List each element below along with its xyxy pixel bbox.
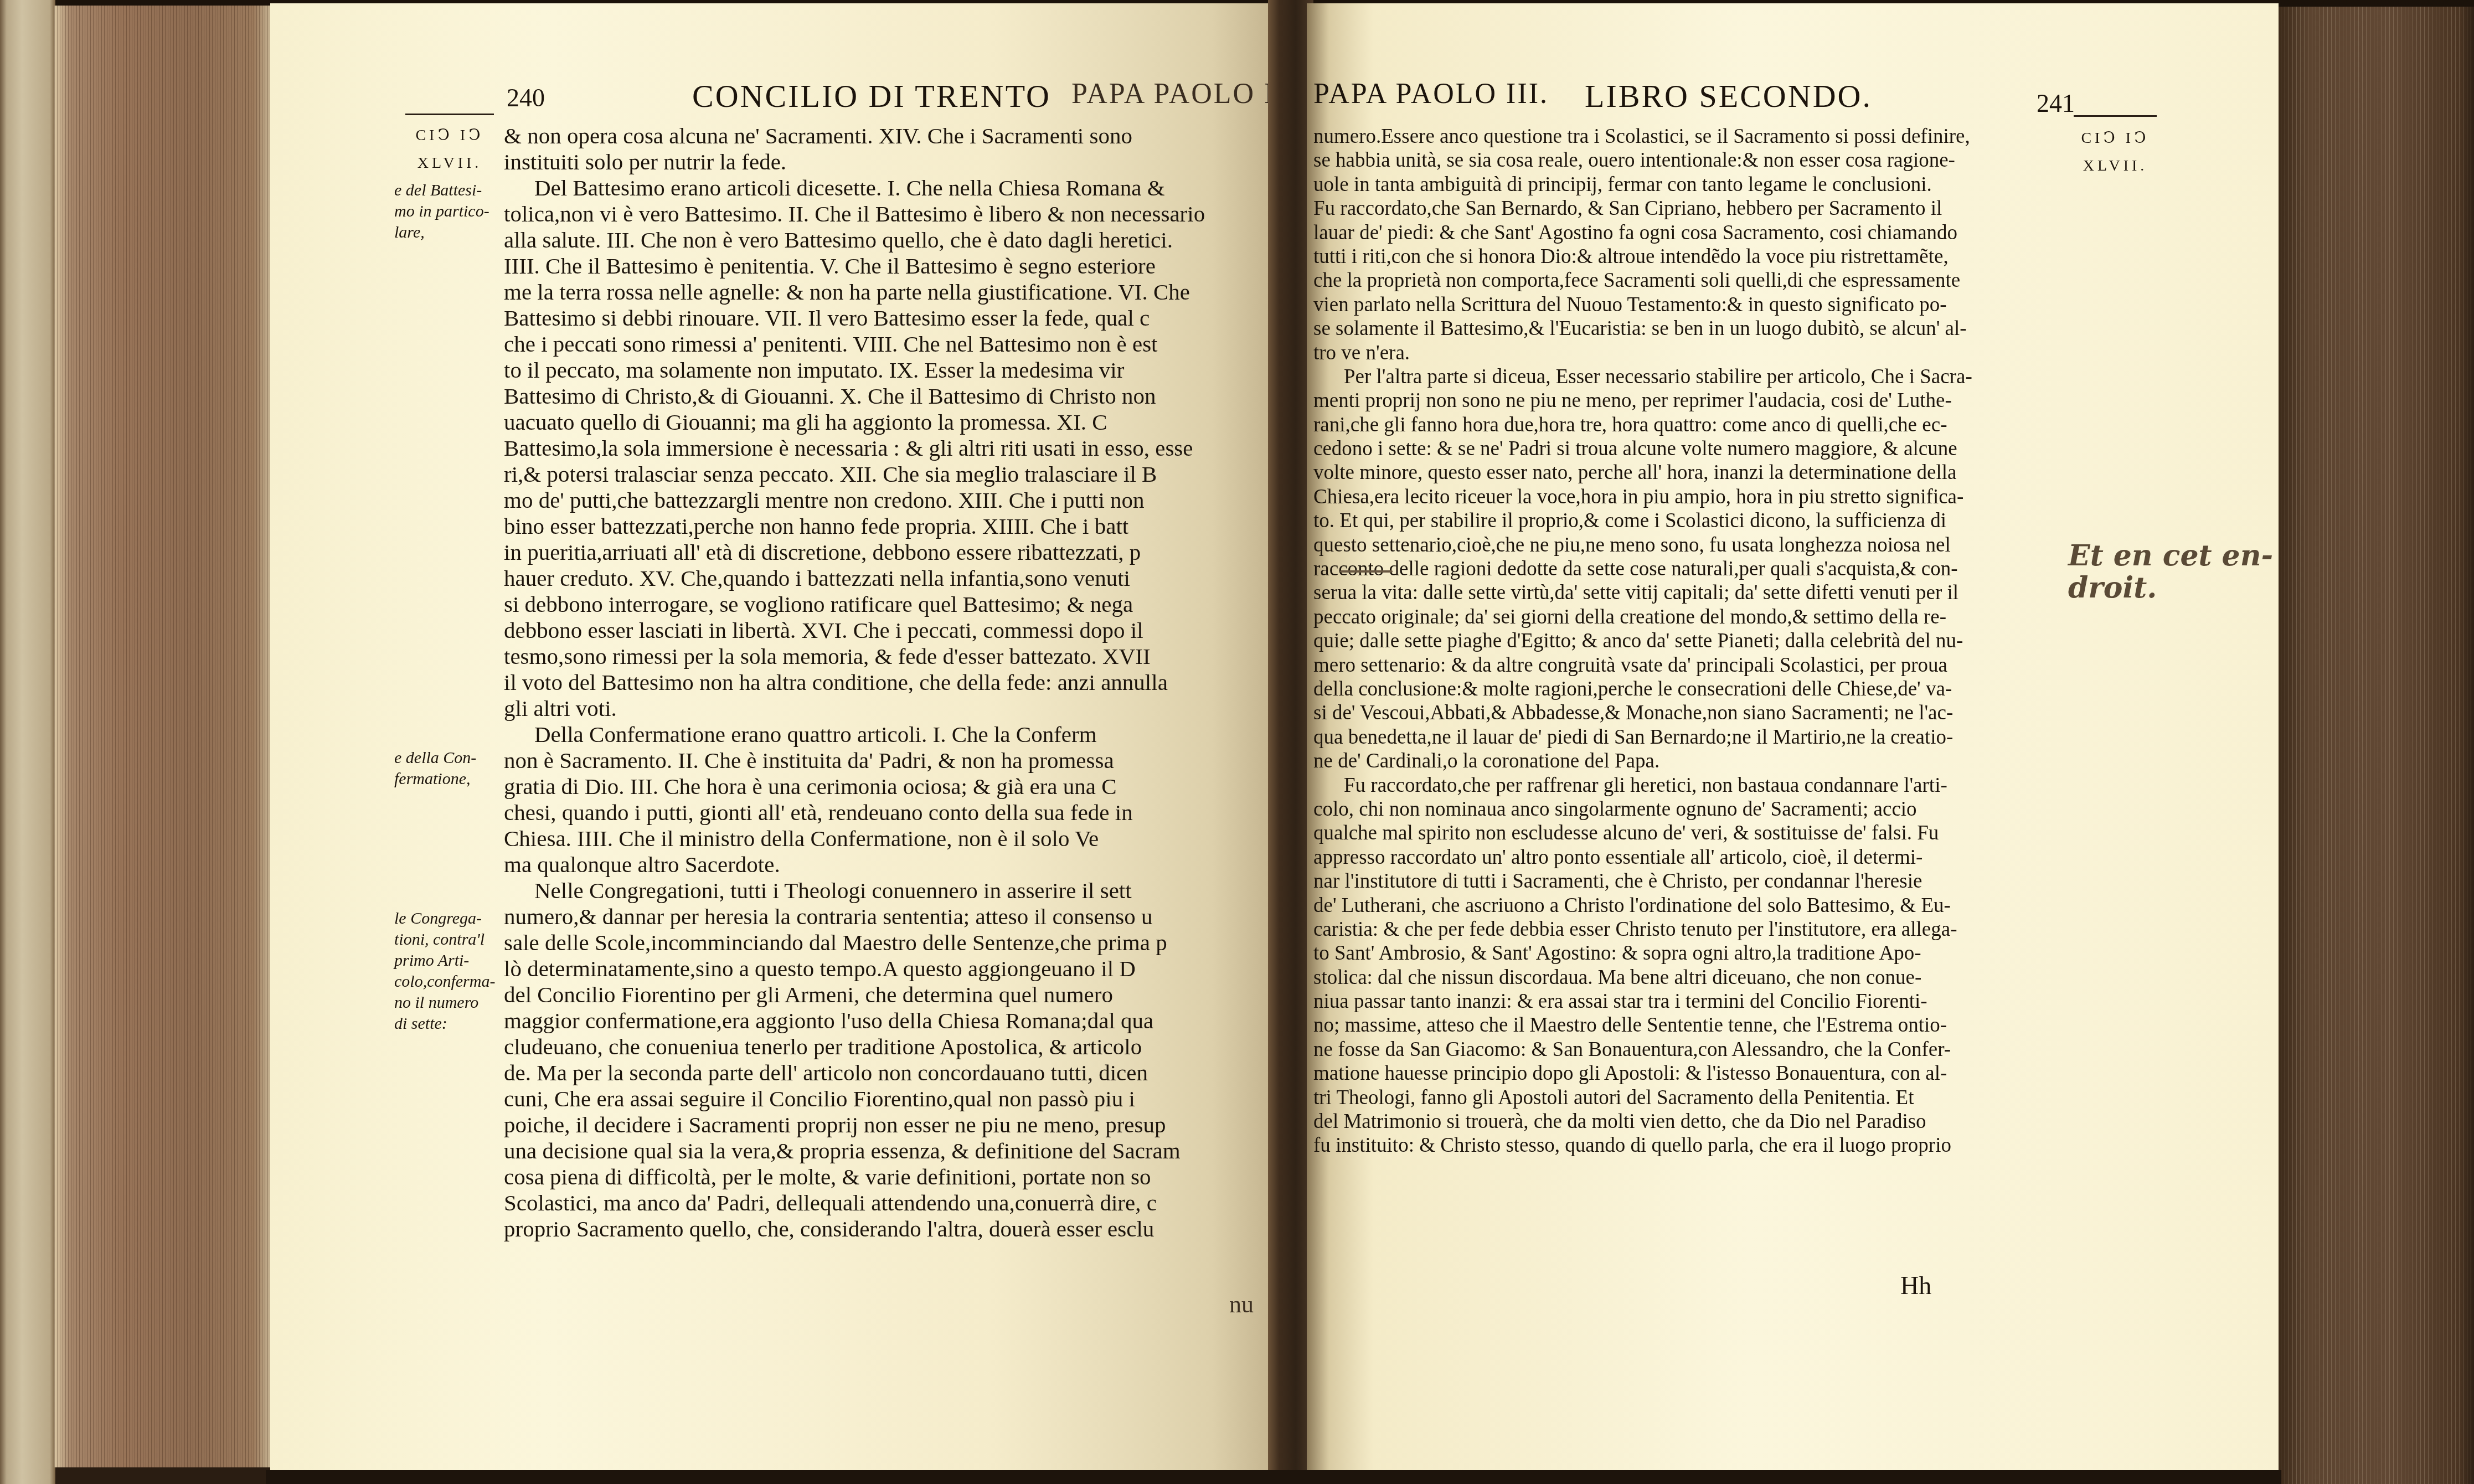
text-line: Fu raccordato,che San Bernardo, & San Ci…: [1313, 197, 2058, 220]
text-line: tutti i riti,con che si honora Dio:& alt…: [1313, 245, 2058, 269]
text-line: & non opera cosa alcuna ne' Sacramenti. …: [504, 123, 1271, 149]
text-line: mo de' putti,che battezzargli mentre non…: [504, 487, 1271, 513]
margin-note-line: fermatione,: [394, 769, 476, 790]
text-line: mero settenario: & da altre congruità vs…: [1313, 653, 2058, 677]
text-line: ne fosse da San Giacomo: & San Bonauentu…: [1313, 1038, 2058, 1062]
handwritten-marginal-note: Et en cet en- droit.: [2068, 540, 2273, 604]
margin-note-line: e del Battesi-: [394, 180, 489, 201]
text-line: peccato originale; da' sei giorni della …: [1313, 605, 2058, 629]
text-line: to Sant' Ambrosio, & Sant' Agostino: & s…: [1313, 941, 2058, 965]
text-line: Chiesa. IIII. Che il ministro della Conf…: [504, 826, 1271, 852]
text-line: alla salute. III. Che non è vero Battesi…: [504, 227, 1271, 253]
right-margin-rule: [2074, 115, 2157, 117]
left-margin-date-number: XLVII.: [405, 150, 494, 177]
text-line: se habbia unità, se sia cosa reale, ouer…: [1313, 148, 2058, 172]
right-margin-date: CIↃ IↃ XLVII.: [2074, 125, 2157, 180]
left-page-text-column: & non opera cosa alcuna ne' Sacramenti. …: [504, 123, 1271, 1242]
right-margin-date-year: CIↃ IↃ: [2074, 125, 2157, 152]
text-line: volte minore, questo esser nato, perche …: [1313, 461, 2058, 485]
text-line: appresso raccordato un' altro ponto esse…: [1313, 846, 2058, 869]
text-line: lò determinatamente,sino a questo tempo.…: [504, 956, 1271, 982]
right-running-head: LIBRO SECONDO.: [1585, 78, 1872, 115]
text-line: bino esser battezzati,perche non hanno f…: [504, 513, 1271, 539]
text-line: poiche, il decidere i Sacramenti proprij…: [504, 1112, 1271, 1138]
text-line: me la terra rossa nelle agnelle: & non h…: [504, 279, 1271, 305]
text-line: questo settenario,cioè,che ne piu,ne men…: [1313, 533, 2058, 557]
right-page-text-column: numero.Essere anco questione tra i Scola…: [1313, 125, 2058, 1158]
text-line: ne de' Cardinali,o la coronatione del Pa…: [1313, 749, 2058, 773]
text-line: Battesimo,la sola immersione è necessari…: [504, 435, 1271, 461]
text-line: in pueritia,arriuati all' età di discret…: [504, 539, 1271, 565]
text-line: to. Et qui, per stabilire il proprio,& c…: [1313, 509, 2058, 533]
text-line: de. Ma per la seconda parte dell' artico…: [504, 1060, 1271, 1086]
text-line: hauer creduto. XV. Che,quando i battezza…: [504, 565, 1271, 591]
text-line: vien parlato nella Scrittura del Nuouo T…: [1313, 293, 2058, 317]
margin-note-line: no il numero: [394, 992, 495, 1013]
text-line: niua passar tanto inanzi: & era assai st…: [1313, 990, 2058, 1013]
text-line: che i peccati sono rimessi a' penitenti.…: [504, 331, 1271, 357]
text-line: si debbono interrogare, se vogliono rati…: [504, 591, 1271, 617]
text-line: quie; dalle sette piaghe d'Egitto; & anc…: [1313, 629, 2058, 653]
text-line: lauar de' piedi: & che Sant' Agostino fa…: [1313, 221, 2058, 245]
text-line: cludeuano, che conueniua tenerlo per tra…: [504, 1034, 1271, 1060]
text-line: menti proprij non sono ne piu ne meno, p…: [1313, 389, 2058, 413]
text-line: Chiesa,era lecito riceuer la voce,hora i…: [1313, 485, 2058, 509]
text-line: racconto delle ragioni dedotte da sette …: [1313, 557, 2058, 581]
left-margin-date: CIↃ IↃ XLVII.: [405, 122, 494, 177]
text-line: debbono esser lasciati in libertà. XVI. …: [504, 617, 1271, 643]
text-line: to il peccato, ma solamente non imputato…: [504, 357, 1271, 383]
text-line: rani,che gli fanno hora due,hora tre, ho…: [1313, 413, 2058, 437]
text-line: cosa piena di difficoltà, per le molte, …: [504, 1164, 1271, 1190]
margin-note-line: mo in partico-: [394, 201, 489, 222]
right-running-head-pope: PAPA PAOLO III.: [1313, 78, 1549, 110]
text-line: gratia di Dio. III. Che hora è una cerim…: [504, 774, 1271, 800]
text-line: tro ve n'era.: [1313, 341, 2058, 365]
text-line: caristia: & che per fede debbia esser Ch…: [1313, 918, 2058, 941]
text-line: uole in tanta ambiguità di principij, fe…: [1313, 173, 2058, 197]
right-folio-number: 241: [2037, 89, 2075, 118]
signature-mark: Hh: [1900, 1271, 1931, 1300]
book-bottom-shadow: [266, 1470, 2281, 1484]
text-line: cuni, Che era assai seguire il Concilio …: [504, 1086, 1271, 1112]
text-line: de' Lutherani, che ascriuono a Christo l…: [1313, 894, 2058, 918]
page-edges-right: [2277, 7, 2474, 1484]
left-catchword: nu: [1229, 1290, 1254, 1318]
text-line: gli altri voti.: [504, 695, 1271, 722]
text-line: sale delle Scole,incomminciando dal Maes…: [504, 930, 1271, 956]
text-line: Del Battesimo erano articoli dicesette. …: [504, 175, 1271, 201]
margin-note-line: e della Con-: [394, 748, 476, 769]
text-line: instituiti solo per nutrir la fede.: [504, 149, 1271, 175]
text-line: no; massime, atteso che il Maestro delle…: [1313, 1013, 2058, 1037]
left-margin-note-congregationi: le Congrega- tioni, contra'l primo Arti-…: [394, 908, 495, 1034]
page-edges-left: [54, 6, 271, 1467]
text-line: del Matrimonio si trouerà, che da molti …: [1313, 1110, 2058, 1133]
text-line: non è Sacramento. II. Che è instituita d…: [504, 748, 1271, 774]
text-line: matione hauesse principio dopo gli Apost…: [1313, 1062, 2058, 1085]
text-line: tri Theologi, fanno gli Apostoli autori …: [1313, 1086, 2058, 1110]
text-line: Della Confermatione erano quattro artico…: [504, 722, 1271, 748]
text-line: tesmo,sono rimessi per la sola memoria, …: [504, 643, 1271, 669]
handwritten-line: droit.: [2068, 572, 2273, 604]
margin-note-line: le Congrega-: [394, 908, 495, 929]
text-line: tolica,non vi è vero Battesimo. II. Che …: [504, 201, 1271, 227]
text-line: cedono i sette: & se ne' Padri si troua …: [1313, 437, 2058, 461]
text-line: chesi, quando i putti, gionti all' età, …: [504, 800, 1271, 826]
text-line: proprio Sacramento quello, che, consider…: [504, 1216, 1271, 1242]
text-line: Nelle Congregationi, tutti i Theologi co…: [504, 878, 1271, 904]
left-margin-note-confermatione: e della Con- fermatione,: [394, 748, 476, 790]
right-margin-date-number: XLVII.: [2074, 152, 2157, 180]
text-line: stolica: dal che nissun discordaua. Ma b…: [1313, 966, 2058, 990]
text-line: nar l'institutore di tutti i Sacramenti,…: [1313, 869, 2058, 893]
text-line: maggior confermatione,era aggionto l'uso…: [504, 1008, 1271, 1034]
text-line: il voto del Battesimo non ha altra condi…: [504, 669, 1271, 695]
left-margin-rule: [405, 114, 494, 115]
left-folio-number: 240: [507, 83, 545, 112]
text-line: Scolastici, ma anco da' Padri, dellequal…: [504, 1190, 1271, 1216]
left-running-head: CONCILIO DI TRENTO: [692, 78, 1051, 115]
book-cover-left: [0, 0, 55, 1484]
margin-note-line: tioni, contra'l: [394, 929, 495, 950]
text-line: colo, chi non nominaua anco singolarment…: [1313, 797, 2058, 821]
text-line: numero,& dannar per heresia la contraria…: [504, 904, 1271, 930]
margin-note-line: colo,conferma-: [394, 971, 495, 992]
handwritten-line: Et en cet en-: [2068, 540, 2273, 572]
margin-note-line: primo Arti-: [394, 950, 495, 971]
text-line: una decisione qual sia la vera,& propria…: [504, 1138, 1271, 1164]
text-line: ma qualonque altro Sacerdote.: [504, 852, 1271, 878]
text-line: numero.Essere anco questione tra i Scola…: [1313, 125, 2058, 148]
text-line: qualche mal spirito non escludesse alcun…: [1313, 821, 2058, 845]
text-line: Fu raccordato,che per raffrenar gli here…: [1313, 774, 2058, 797]
text-line: se solamente il Battesimo,& l'Eucaristia…: [1313, 317, 2058, 341]
left-margin-date-year: CIↃ IↃ: [405, 122, 494, 150]
margin-note-line: di sette:: [394, 1013, 495, 1034]
text-line: si de' Vescoui,Abbati,& Abbadesse,& Mona…: [1313, 701, 2058, 725]
ink-underline-mark: [1340, 570, 1393, 573]
text-line: della conclusione:& molte ragioni,perche…: [1313, 677, 2058, 701]
text-line: fu instituito: & Christo stesso, quando …: [1313, 1133, 2058, 1157]
text-line: che la proprietà non comporta,fece Sacra…: [1313, 269, 2058, 292]
text-line: del Concilio Fiorentino per gli Armeni, …: [504, 982, 1271, 1008]
margin-note-line: lare,: [394, 222, 489, 243]
text-line: Battesimo di Christo,& di Giouanni. X. C…: [504, 383, 1271, 409]
left-margin-note-battesimo: e del Battesi- mo in partico- lare,: [394, 180, 489, 243]
text-line: IIII. Che il Battesimo è penitentia. V. …: [504, 253, 1271, 279]
text-line: ri,& potersi tralasciar senza peccato. X…: [504, 461, 1271, 487]
text-line: Per l'altra parte si diceua, Esser neces…: [1313, 365, 2058, 389]
text-line: serua la vita: dalle sette virtù,da' set…: [1313, 581, 2058, 605]
text-line: qua benedetta,ne il lauar de' piedi di S…: [1313, 725, 2058, 749]
text-line: uacuato quello di Giouanni; ma gli ha ag…: [504, 409, 1271, 435]
text-line: Battesimo si debbi rinouare. VII. Il ver…: [504, 305, 1271, 331]
